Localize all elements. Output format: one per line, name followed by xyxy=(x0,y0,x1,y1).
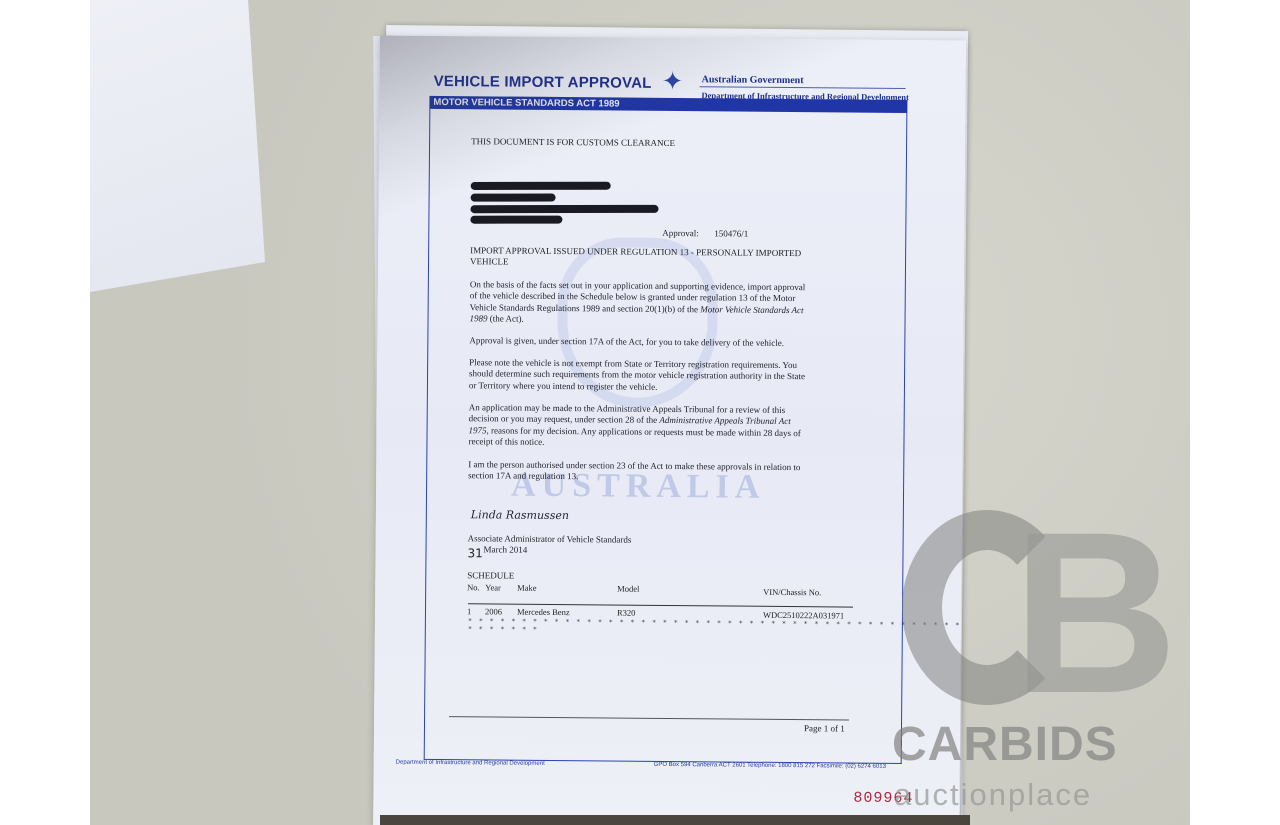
footer-contact: GPO Box 594 Canberra ACT 2601 Telephone:… xyxy=(654,762,886,770)
paragraph-appeals: An application may be made to the Admini… xyxy=(468,402,801,450)
redacted-address-line xyxy=(471,182,611,190)
serial-number: 809964 xyxy=(853,790,913,808)
footer-department: Department of Infrastructure and Regiona… xyxy=(396,760,545,767)
schedule-cell-year: 2006 xyxy=(485,606,502,616)
schedule-cell-vin: WDC2510222A031971 xyxy=(763,610,844,621)
paragraph-basis: On the basis of the facts set out in you… xyxy=(469,279,805,327)
customs-notice: THIS DOCUMENT IS FOR CUSTOMS CLEARANCE xyxy=(471,136,675,149)
vehicle-import-approval-document: AUSTRALIA VEHICLE IMPORT APPROVAL ✦ Aust… xyxy=(373,35,966,825)
date-text: March 2014 xyxy=(483,544,527,556)
approval-label: Approval: xyxy=(662,228,699,240)
act-year: 1975 xyxy=(469,425,487,435)
signature: Linda Rasmussen xyxy=(471,508,569,522)
redacted-address-line xyxy=(470,205,658,213)
handwritten-day: 31 xyxy=(467,546,482,560)
paragraph-registration: Please note the vehicle is not exempt fr… xyxy=(469,357,805,394)
page-indicator: Page 1 of 1 xyxy=(804,723,845,733)
schedule-header-year: Year xyxy=(485,582,501,592)
act-title: Motor Vehicle Standards Act xyxy=(700,304,803,315)
schedule-cell-no: 1 xyxy=(467,606,471,616)
text-span: decision or you may request, under secti… xyxy=(469,414,660,426)
schedule-cell-model: R320 xyxy=(617,608,636,618)
divider xyxy=(700,86,906,89)
approval-heading: IMPORT APPROVAL ISSUED UNDER REGULATION … xyxy=(470,245,801,270)
schedule-header-no: No. xyxy=(467,582,480,592)
blank-paper-sheet xyxy=(90,0,265,292)
redacted-address-line xyxy=(471,194,556,202)
act-year: 1989 xyxy=(470,313,488,323)
redacted-address-line xyxy=(470,216,562,224)
approval-number: 150476/1 xyxy=(714,228,748,240)
schedule-cell-make: Mercedes Benz xyxy=(517,607,570,617)
table-shadow xyxy=(380,815,970,825)
schedule-header-model: Model xyxy=(617,584,639,594)
schedule-header-vin: VIN/Chassis No. xyxy=(763,587,821,598)
text-span: Vehicle Standards Regulations 1989 and s… xyxy=(470,302,701,314)
schedule-title: SCHEDULE xyxy=(467,570,514,582)
text-span: (the Act). xyxy=(488,313,524,323)
photo-background: AUSTRALIA VEHICLE IMPORT APPROVAL ✦ Aust… xyxy=(90,0,1190,825)
document-title: VEHICLE IMPORT APPROVAL xyxy=(434,73,652,92)
act-title: Administrative Appeals Tribunal Act xyxy=(659,415,791,426)
schedule-header-make: Make xyxy=(517,583,536,593)
paragraph-authority: I am the person authorised under section… xyxy=(468,459,800,484)
government-name: Australian Government xyxy=(702,74,804,86)
coat-of-arms-icon: ✦ xyxy=(651,65,693,99)
